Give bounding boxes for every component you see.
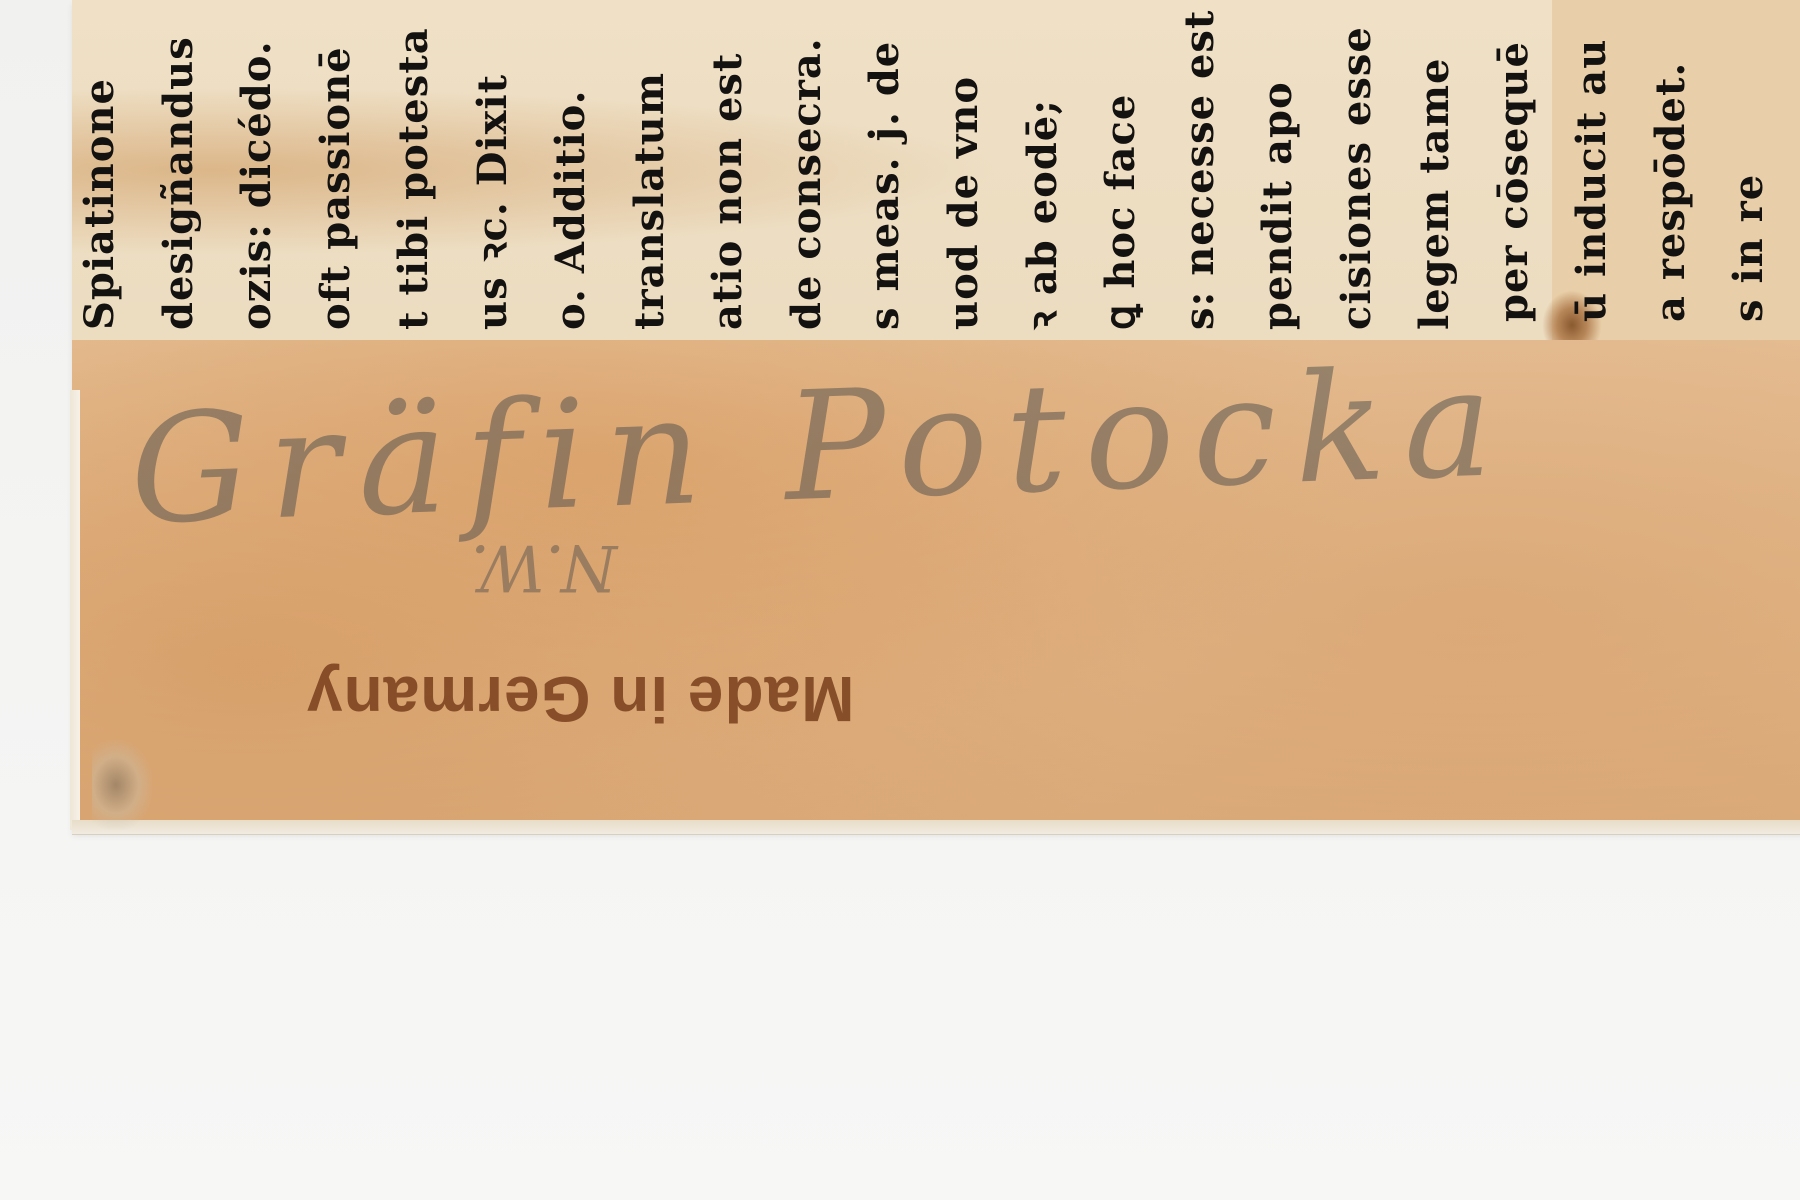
text-column: s in re bbox=[1729, 0, 1769, 322]
text-column: atio non est bbox=[708, 0, 748, 330]
text-column: ꝗ hoc face bbox=[1101, 0, 1141, 330]
text-column: cisiones esse bbox=[1337, 0, 1377, 330]
pencil-mark: N.W. bbox=[470, 530, 617, 604]
text-column: s meas. j. de bbox=[865, 0, 905, 330]
text-column: t tibi potesta bbox=[394, 0, 434, 330]
text-column: ꝛ ab eodē; bbox=[1023, 0, 1063, 330]
text-column: per cōsequē bbox=[1494, 0, 1534, 322]
text-column: a respōdet. bbox=[1651, 0, 1691, 322]
text-column: translatum bbox=[630, 0, 670, 330]
text-column: s: necesse est bbox=[1180, 0, 1220, 330]
board-left-edge bbox=[70, 390, 80, 830]
text-column: pendit apo bbox=[1258, 0, 1298, 330]
text-column: de consecra. bbox=[787, 0, 827, 330]
made-in-germany-stamp: Made in Germany bbox=[306, 662, 855, 736]
photo-scene: Spiatinonedesigñandusozis: dicédo.oft pa… bbox=[0, 0, 1800, 1200]
text-column: us ꝛc. Dixit bbox=[473, 0, 513, 330]
text-column: Spiatinone bbox=[80, 0, 120, 330]
corner-damage bbox=[92, 740, 152, 830]
text-column: ū inducit au bbox=[1572, 0, 1612, 322]
board-bottom-edge bbox=[72, 820, 1800, 835]
text-column: ozis: dicédo. bbox=[237, 0, 277, 330]
text-column: desigñandus bbox=[159, 0, 199, 330]
text-column: legem tame bbox=[1415, 0, 1455, 330]
text-column: uod de vno bbox=[944, 0, 984, 330]
printed-page: Spiatinonedesigñandusozis: dicédo.oft pa… bbox=[72, 0, 1800, 340]
text-column: o. Additio. bbox=[551, 0, 591, 330]
text-column: oft passionē bbox=[316, 0, 356, 330]
